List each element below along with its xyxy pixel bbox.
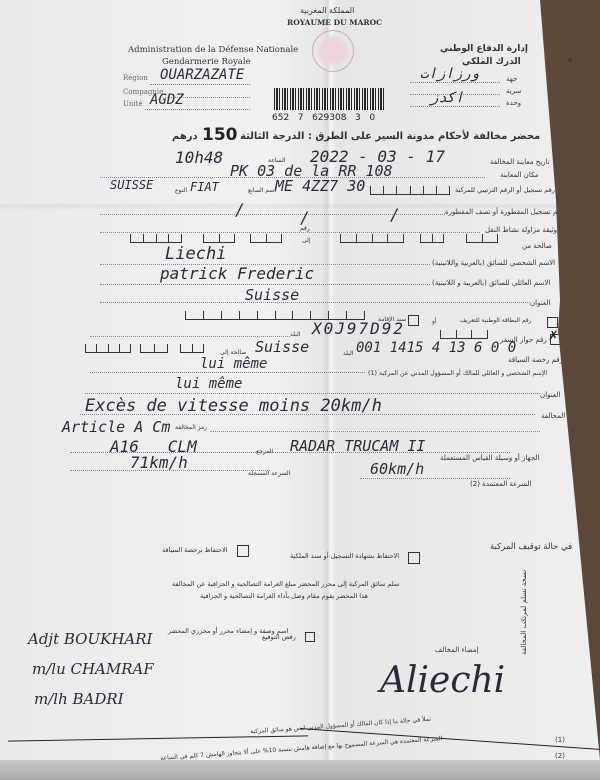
type-label: النوع — [175, 187, 187, 194]
passport-country-line — [90, 336, 290, 337]
region-label: Région — [123, 74, 148, 82]
owner-address-value: lui même — [175, 376, 242, 392]
address-line — [100, 302, 530, 303]
unite-line — [145, 109, 250, 110]
place-label: مكان المعاينة — [500, 171, 539, 179]
license-value: 001 1415 4 13 6 0 0 — [356, 340, 516, 356]
valid-to-boxes-2 — [203, 234, 235, 243]
kingdom-french: ROYAUME DU MAROC — [287, 18, 382, 27]
plate-boxes — [370, 186, 450, 195]
admin-ar-line1: إدارة الدفاع الوطني — [440, 44, 528, 54]
address-value: Suisse — [245, 286, 299, 304]
keep-license-label: الاحتفاظ برخصة السياقة — [162, 546, 228, 554]
reference-label: المرجع — [256, 448, 273, 455]
unite-value: AGDZ — [150, 92, 184, 108]
wahda-line — [410, 106, 500, 107]
allowed-speed-line — [360, 478, 510, 479]
paper-curl-shadow — [0, 760, 600, 780]
residence-checkbox[interactable] — [408, 315, 419, 326]
owner-address-line — [85, 393, 540, 394]
recorded-speed-value: 71km/h — [130, 453, 188, 472]
unite-label: Unité — [123, 100, 143, 108]
license-valid-label: صالحة إلى — [220, 349, 246, 356]
keep-registration-label: الاحتفاظ بشهادة التسجيل أو سند الملكية — [290, 552, 399, 560]
admin-fr-line2: Gendarmerie Royale — [162, 57, 251, 67]
footnote-2-number: (2) — [555, 752, 565, 760]
maker-value: FIAT — [190, 180, 219, 194]
region-line — [150, 84, 250, 85]
violation-code-label: رمز المخالفة — [175, 424, 207, 431]
kingdom-arabic: المملكة المغربية — [300, 6, 354, 15]
royal-emblem-icon — [312, 30, 354, 72]
or-label: أو — [432, 318, 437, 325]
type-value: SUISSE — [110, 178, 153, 192]
country-label: البلد — [290, 331, 300, 338]
officer-signature-3: m/lh BADRI — [34, 690, 124, 708]
keep-registration-checkbox[interactable] — [408, 552, 420, 564]
time-value: 10h48 — [175, 148, 223, 167]
trailer-value: / — [235, 200, 245, 219]
form-title: محضر مخالفة لأحكام مدونة السير على الطرق… — [240, 131, 540, 142]
maker-label: اسم الصانع — [248, 187, 276, 194]
violation-code-value: Article A Cm — [62, 418, 170, 436]
last-name-line — [100, 284, 430, 285]
offender-signature-label: إمضاء المخالف — [435, 646, 479, 654]
footnote-divider-left — [8, 735, 308, 741]
first-name-value: Liechi — [165, 244, 226, 264]
barcode-number: 652 7 629308 3 0 — [272, 113, 375, 123]
valid-to-boxes-3 — [250, 234, 282, 243]
owner-address-label: العنوان — [540, 391, 560, 399]
jiha-label: جهة — [506, 75, 517, 83]
valid-from-boxes-1 — [340, 234, 404, 243]
footnote-1-text: تملأ في حالة ما إذا كان المالك أو المسؤو… — [250, 716, 431, 736]
region-value: OUARZAZATE — [160, 67, 244, 83]
id-card-label: رقم البطاقة الوطنية للتعريف — [460, 317, 532, 324]
refusal-label: رفض التوقيع — [262, 633, 296, 641]
last-name-label: الاسم العائلي للسائق (بالعربية و اللاتين… — [432, 279, 550, 287]
wahda-label: وحدة — [506, 99, 521, 107]
refusal-checkbox[interactable] — [305, 632, 315, 642]
passport-boxes — [440, 330, 488, 339]
recorded-speed-label: السرعة المسجلة — [248, 470, 290, 477]
barcode — [274, 88, 384, 110]
sariya-label: سرية — [506, 87, 521, 95]
passport-value: X0J97D92 — [312, 319, 405, 338]
violation-form-paper: المملكة المغربية ROYAUME DU MAROC Admini… — [0, 0, 600, 780]
payment-note-line2: هذا المحضر يقوم مقام وصل بأداء الغرامة ا… — [200, 592, 368, 600]
immobilization-title: في حالة توقيف المركبة — [490, 542, 572, 552]
footnote-2-text: السرعة المعتمدة هي السرعة المسموح بها مع… — [160, 735, 442, 762]
license-label: رقم رخصة السياقة — [508, 356, 563, 364]
officer-signature-1: Adjt BOUKHARI — [28, 630, 152, 648]
allowed-speed-value: 60km/h — [370, 460, 424, 478]
valid-to-boxes-1 — [130, 234, 182, 243]
transport-doc-line — [100, 232, 480, 233]
license-valid-boxes-2 — [140, 344, 168, 353]
offender-signature: Aliechi — [380, 660, 505, 701]
payment-note-line1: سلم سائق المركبة إلى محرر المحضر مبلغ ال… — [172, 580, 399, 588]
first-name-label: الاسم الشخصي للسائق (بالعربية واللاتينية… — [432, 259, 555, 267]
keep-license-checkbox[interactable] — [237, 545, 249, 557]
plate-label: رقم تسجيل أو الرقم الترتيبي للمركبة — [455, 186, 555, 194]
trailer-slash-3: / — [390, 205, 400, 224]
valid-from-label: صالحة من — [522, 242, 552, 250]
jiha-line — [410, 82, 500, 83]
transport-doc-label: وثيقة مزاولة نشاط النقل — [485, 226, 557, 234]
last-name-value: patrick Frederic — [160, 264, 314, 283]
transport-doc-number-label: رقم — [300, 225, 310, 232]
owner-name-line — [90, 372, 365, 373]
date-label: تاريخ معاينة المخالفة — [490, 158, 550, 166]
wahda-value: اكدز — [430, 90, 464, 106]
valid-from-boxes-2 — [420, 234, 444, 243]
reference-value: RADAR TRUCAM II — [290, 437, 425, 455]
valid-to-label: إلى — [302, 237, 311, 244]
device-label: الجهاز أو وسيلة القياس المستعملة — [440, 454, 539, 462]
valid-from-boxes-3 — [466, 234, 498, 243]
footnote-1-number: (1) — [555, 736, 565, 744]
license-country-label: البلد — [343, 350, 353, 357]
license-valid-boxes-1 — [85, 344, 131, 353]
allowed-speed-label: السرعة المعتمدة (2) — [470, 480, 532, 488]
violation-label: المخالفة — [541, 412, 565, 420]
officer-signature-2: m/lu CHAMRAF — [32, 660, 154, 678]
owner-name-value: lui même — [200, 356, 267, 372]
jiha-value: ورزازات — [420, 66, 479, 82]
passport-check-mark-icon: ✗ — [548, 329, 559, 344]
admin-fr-line1: Administration de la Défense Nationale — [128, 45, 298, 55]
owner-name-label: الإسم الشخصي و العائلي للمالك أو المسؤول… — [368, 370, 547, 377]
fine-amount: 150 — [202, 125, 238, 145]
violation-value: Excès de vitesse moins 20km/h — [85, 396, 382, 416]
plate-value: ME 4ZZ7 30 — [275, 177, 365, 195]
id-card-checkbox[interactable] — [547, 317, 558, 328]
side-note: نسخة تسلم لمرتكب المخالفة — [520, 570, 528, 655]
license-country-value: Suisse — [255, 338, 309, 356]
fine-currency: درهم — [172, 131, 198, 142]
license-valid-boxes-3 — [180, 344, 204, 353]
violation-code-line — [210, 431, 540, 432]
trailer-label: رقم تسجيل المقطورة أو نصف المقطورة — [445, 208, 564, 216]
address-label: العنوان — [530, 299, 550, 307]
